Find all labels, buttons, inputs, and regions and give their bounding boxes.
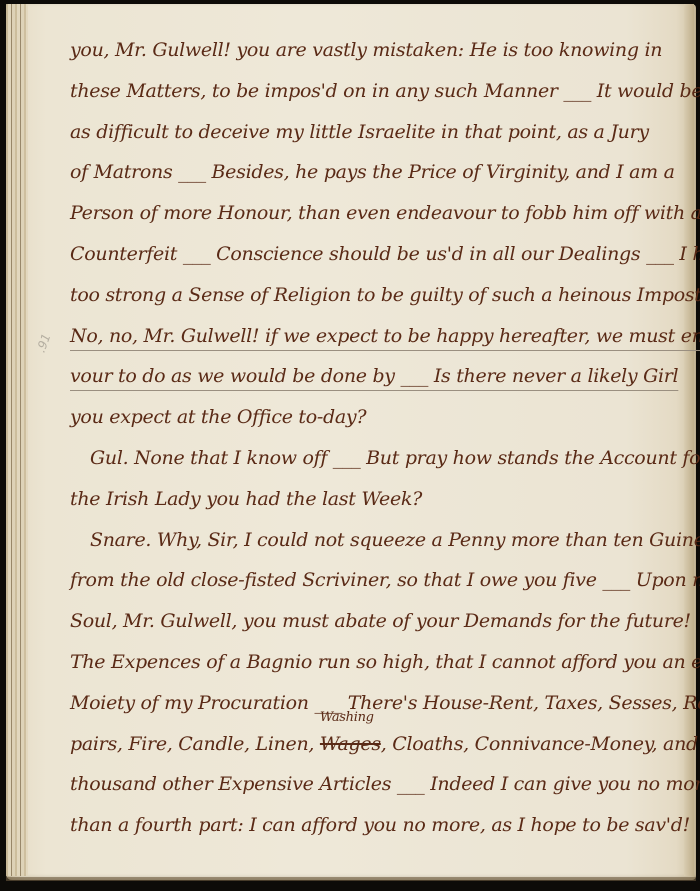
underlined-text: vour to do as we would be done by ___ Is…	[70, 365, 678, 387]
text-line: as difficult to deceive my little Israel…	[70, 112, 690, 153]
text-line: of Matrons ___ Besides, he pays the Pric…	[70, 152, 690, 193]
text-line: these Matters, to be impos'd on in any s…	[70, 71, 690, 112]
struck-out-word: Wages	[320, 733, 381, 755]
text-line: the Irish Lady you had the last Week?	[70, 479, 690, 520]
text-line: Moiety of my Procuration ___ There's Hou…	[70, 683, 690, 724]
text-line: Counterfeit ___ Conscience should be us'…	[70, 234, 690, 275]
text-line: The Expences of a Bagnio run so high, th…	[70, 642, 690, 683]
dialogue-line-gulwell: Gul. None that I know off ___ But pray h…	[70, 438, 690, 479]
text-segment: , Cloaths, Connivance-Money, and a	[381, 733, 700, 755]
text-line: than a fourth part: I can afford you no …	[70, 805, 690, 846]
text-line: Person of more Honour, than even endeavo…	[70, 193, 690, 234]
text-line: you expect at the Office to-day?	[70, 397, 690, 438]
underlined-text: No, no, Mr. Gulwell! if we expect to be …	[70, 325, 700, 347]
dialogue-line-snare: Snare. Why, Sir, I could not squeeze a P…	[70, 520, 690, 561]
text-line: from the old close-fisted Scriviner, so …	[70, 560, 690, 601]
text-segment: pairs, Fire, Candle, Linen,	[70, 733, 320, 755]
page-bottom-edge	[6, 877, 696, 881]
text-line-underlined: No, no, Mr. Gulwell! if we expect to be …	[70, 316, 690, 357]
inserted-correction: Washing	[320, 710, 374, 726]
page-gutter-edges	[6, 4, 28, 876]
text-line: Soul, Mr. Gulwell, you must abate of you…	[70, 601, 690, 642]
manuscript-text: you, Mr. Gulwell! you are vastly mistake…	[70, 30, 690, 846]
text-line: thousand other Expensive Articles ___ In…	[70, 764, 690, 805]
text-line-underlined: vour to do as we would be done by ___ Is…	[70, 356, 690, 397]
text-line: too strong a Sense of Religion to be gui…	[70, 275, 690, 316]
text-line-with-correction: pairs, Fire, Candle, Linen, WashingWages…	[70, 724, 690, 765]
text-line: you, Mr. Gulwell! you are vastly mistake…	[70, 30, 690, 71]
